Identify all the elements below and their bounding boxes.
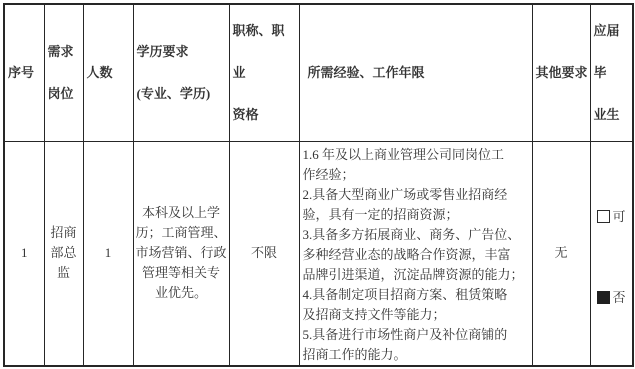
table-body: 1 招商 部总 监 1 本科及以上学 历；工商管理、 市场营销、行政 管理等相关…	[4, 141, 633, 366]
cell-qualification: 不限	[229, 141, 299, 366]
graduate-option-yes[interactable]: 可	[597, 209, 626, 225]
cell-graduate: 可 否	[590, 141, 633, 366]
graduate-yes-label: 可	[613, 209, 626, 225]
header-seq: 序号	[4, 4, 44, 141]
graduate-option-no[interactable]: 否	[597, 290, 626, 306]
header-qualification: 职称、职业 资格	[229, 4, 299, 141]
header-education: 学历要求 (专业、学历)	[133, 4, 229, 141]
table-header: 序号 需求 岗位 人数 学历要求 (专业、学历) 职称、职业 资格 所需经验、工…	[4, 4, 633, 141]
checkbox-checked-icon[interactable]	[597, 291, 610, 304]
checkbox-unchecked-icon[interactable]	[597, 210, 610, 223]
header-position: 需求 岗位	[44, 4, 83, 141]
cell-seq: 1	[4, 141, 44, 366]
header-experience: 所需经验、工作年限	[299, 4, 532, 141]
cell-experience: 1.6 年及以上商业管理公司同岗位工 作经验； 2.具备大型商业广场或零售业招商…	[299, 141, 532, 366]
cell-other: 无	[532, 141, 590, 366]
cell-headcount: 1	[83, 141, 133, 366]
header-row: 序号 需求 岗位 人数 学历要求 (专业、学历) 职称、职业 资格 所需经验、工…	[4, 4, 633, 141]
graduate-options: 可 否	[593, 209, 631, 306]
header-other: 其他要求	[532, 4, 590, 141]
header-headcount: 人数	[83, 4, 133, 141]
cell-education: 本科及以上学 历；工商管理、 市场营销、行政 管理等相关专 业优先。	[133, 141, 229, 366]
graduate-no-label: 否	[613, 290, 626, 306]
table-row: 1 招商 部总 监 1 本科及以上学 历；工商管理、 市场营销、行政 管理等相关…	[4, 141, 633, 366]
job-requirements-table: 序号 需求 岗位 人数 学历要求 (专业、学历) 职称、职业 资格 所需经验、工…	[3, 3, 634, 367]
cell-position: 招商 部总 监	[44, 141, 83, 366]
header-graduate: 应届毕 业生	[590, 4, 633, 141]
